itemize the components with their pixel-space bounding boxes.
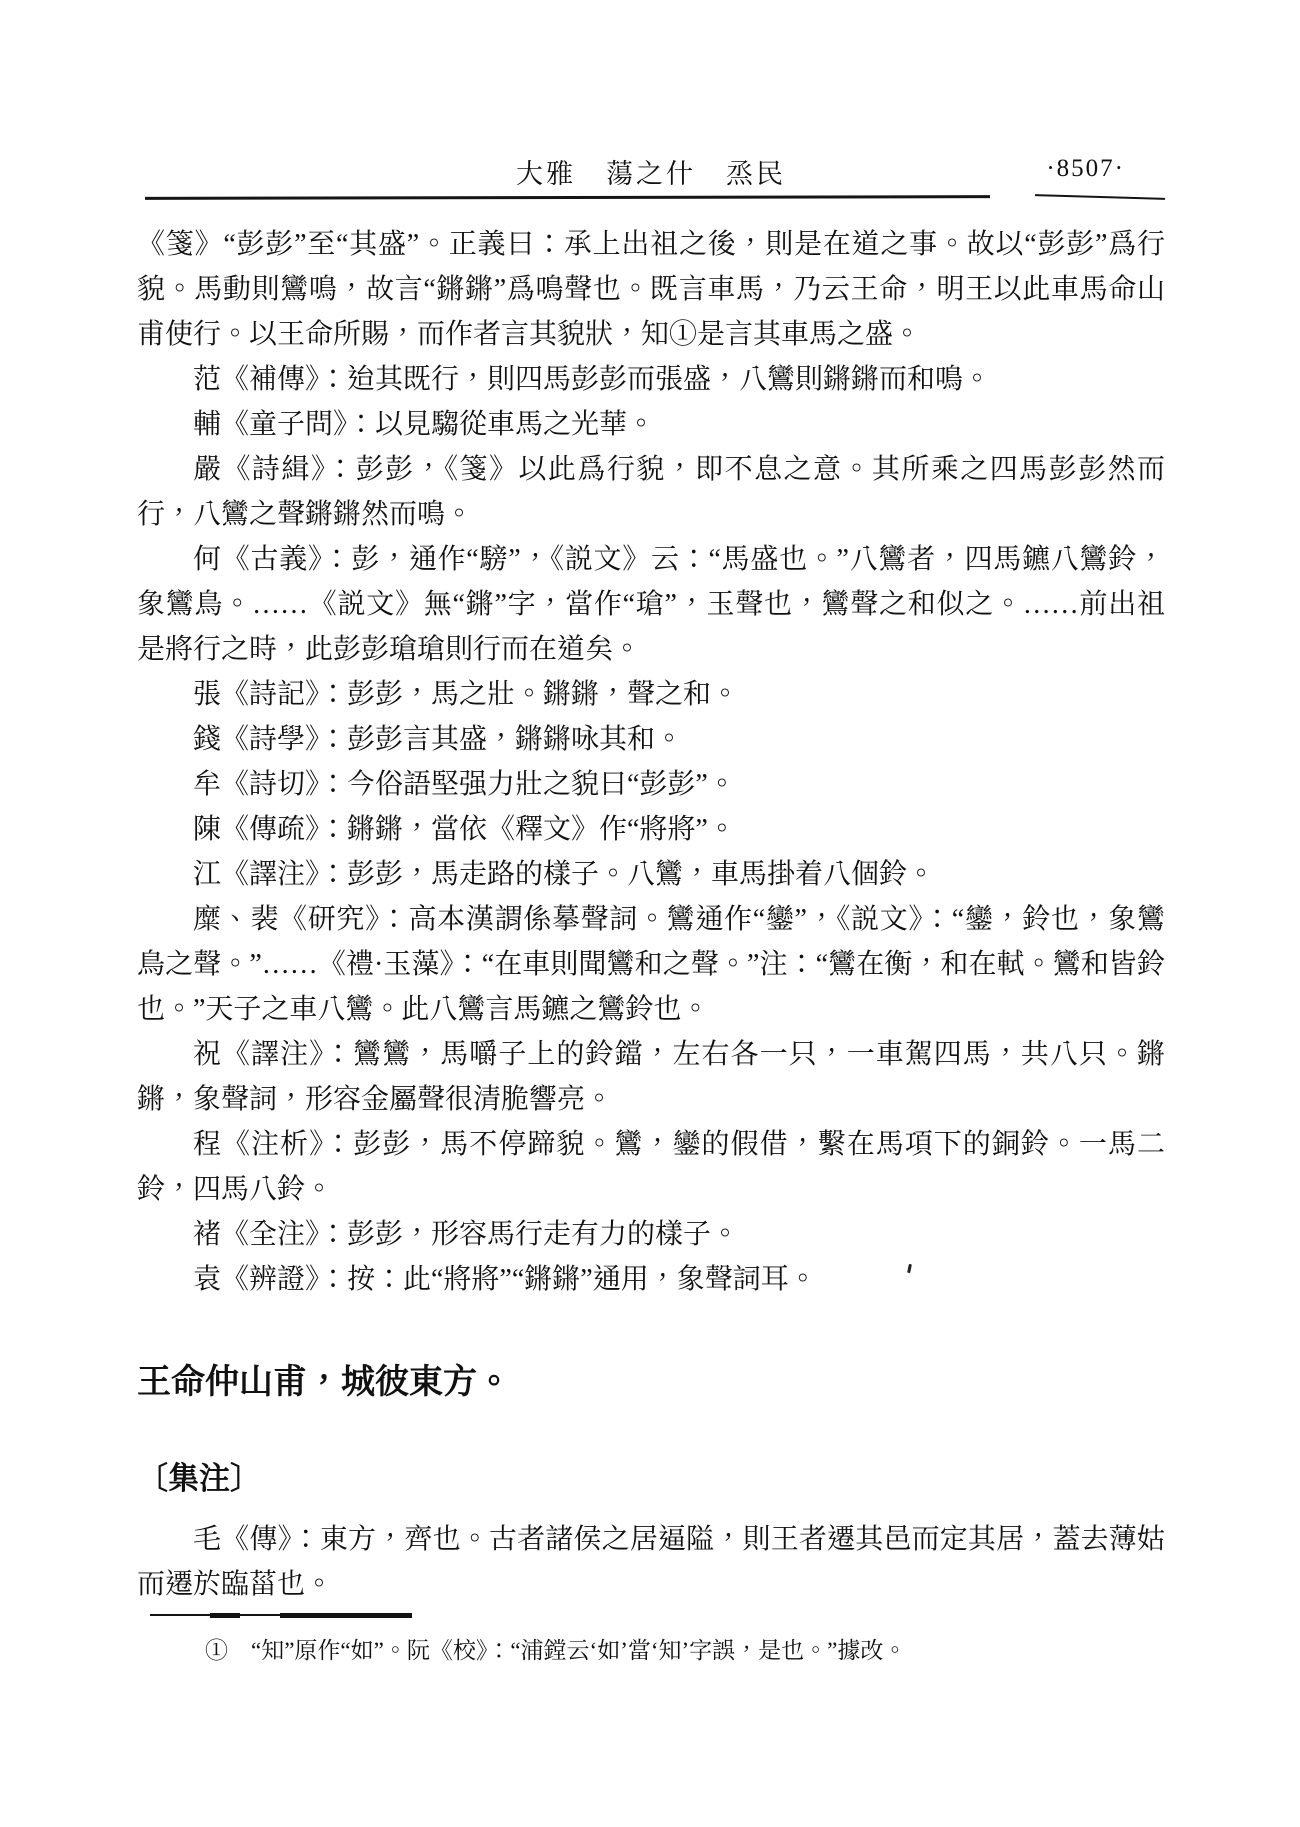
book-page: 大雅 蕩之什 烝民 ·8507· 《箋》“彭彭”至“其盛”。正義曰：承上出祖之後… [0,0,1300,1827]
header-rule-left-segment [145,195,990,200]
running-head: 大雅 蕩之什 烝民 ·8507· [137,152,1165,188]
commentary-paragraph: 糜、裴《研究》：高本漢謂係摹聲詞。鸞通作“鑾”，《説文》：“鑾，鈴也，象鸞鳥之聲… [137,897,1165,1032]
jizhu-section-label: 〔集注〕 [137,1455,1165,1503]
commentary-paragraph: 江《譯注》：彭彭，馬走路的樣子。八鸞，車馬掛着八個鈴。 [137,852,1165,897]
commentary-paragraph: 嚴《詩緝》：彭彭，《箋》以此爲行貌，即不息之意。其所乘之四馬彭彭然而行，八鸞之聲… [137,447,1165,537]
commentary-paragraph: 錢《詩學》：彭彭言其盛，鏘鏘咏其和。 [137,717,1165,762]
commentary-paragraph: 張《詩記》：彭彭，馬之壯。鏘鏘，聲之和。 [137,672,1165,717]
commentary-paragraph: 陳《傳疏》：鏘鏘，當依《釋文》作“將將”。 [137,807,1165,852]
footnote: ① “知”原作“如”。阮《校》：“浦鏜云‘如’當‘知’字誤，是也。”據改。 [137,1633,1165,1668]
commentary-column: 《箋》“彭彭”至“其盛”。正義曰：承上出祖之後，則是在道之事。故以“彭彭”爲行貌… [137,222,1165,1607]
commentary-paragraph: 褚《全注》：彭彭，形容馬行走有力的樣子。 [137,1212,1165,1257]
commentary-paragraph: 范《補傳》：迨其既行，則四馬彭彭而張盛，八鸞則鏘鏘而和鳴。 [137,357,1165,402]
commentary-paragraph: 輔《童子問》：以見騶從車馬之光華。 [137,402,1165,447]
page-number: ·8507· [1046,155,1125,183]
header-rule-right-segment [1035,194,1165,200]
commentary-paragraph: 牟《詩切》：今俗語堅强力壯之貌曰“彭彭”。 [137,762,1165,807]
verse-heading: 王命仲山甫，城彼東方。 [137,1357,1165,1409]
running-title: 大雅 蕩之什 烝民 [137,152,1165,191]
commentary-paragraph: 程《注析》：彭彭，馬不停蹄貌。鸞，鑾的假借，繫在馬項下的銅鈴。一馬二鈴，四馬八鈴… [137,1122,1165,1212]
commentary-paragraph: 袁《辨證》：按：此“將將”“鏘鏘”通用，象聲詞耳。 [137,1257,1165,1302]
commentary-paragraph: 祝《譯注》：鸞鸞，馬嚼子上的鈴鐺，左右各一只，一車駕四馬，共八只。鏘鏘，象聲詞，… [137,1032,1165,1122]
commentary-paragraph: 何《古義》：彭，通作“騯”，《説文》云：“馬盛也。”八鸞者，四馬鑣八鸞鈴，象鸞鳥… [137,537,1165,672]
footnote-separator-ink-blot [210,1613,240,1618]
footnote-separator-ink-blot [280,1613,412,1618]
commentary-paragraph: 《箋》“彭彭”至“其盛”。正義曰：承上出祖之後，則是在道之事。故以“彭彭”爲行貌… [137,222,1165,357]
jizhu-paragraph: 毛《傳》：東方，齊也。古者諸侯之居逼隘，則王者遷其邑而定其居，蓋去薄姑而遷於臨菑… [137,1517,1165,1607]
